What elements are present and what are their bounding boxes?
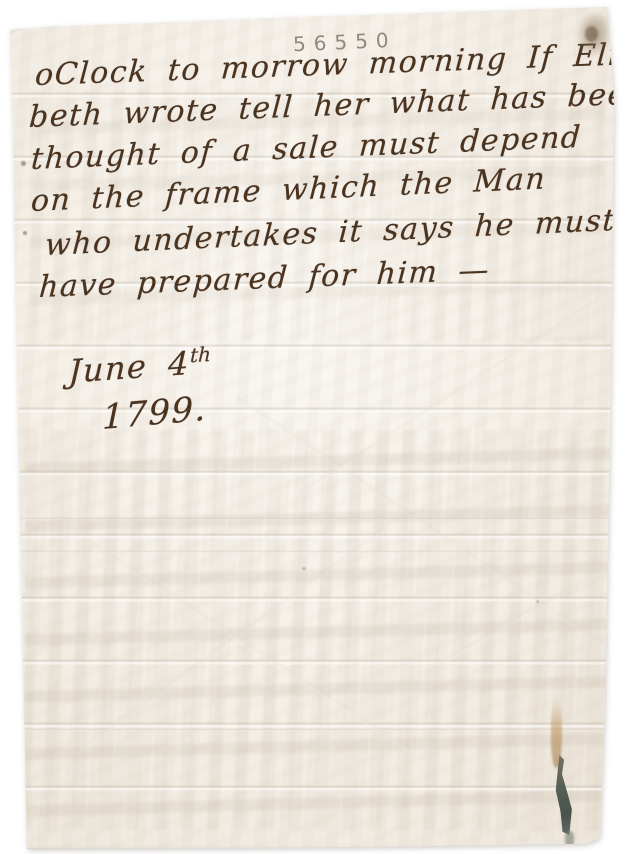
ink-speck [21,161,26,166]
diagonal-crease [237,397,603,646]
diagonal-crease [90,542,410,751]
fold-crease [19,551,615,553]
date-line: June 4th [68,342,211,391]
scanned-letter-page: 56550 oClock to morrow morning If Eliza-… [0,0,641,854]
fold-crease [19,729,615,731]
ink-speck [302,567,306,570]
dark-ink-blot [549,755,575,835]
rust-streak-stain [551,698,562,768]
ink-speck [23,231,27,235]
corner-fold [4,20,22,36]
diagonal-crease [299,258,641,495]
date-suffix: th [190,342,212,368]
date-day: June 4 [68,344,191,391]
ink-speck [536,600,539,603]
letter-paper: 56550 oClock to morrow morning If Eliza-… [0,0,641,854]
letter-line-6: have prepared for him — [38,253,491,305]
verso-showthrough-lower [25,430,610,830]
diagonal-crease [434,555,626,668]
date-year: 1799. [102,389,207,438]
fold-crease [19,518,615,520]
dark-ink-blot-tail [565,831,574,847]
paper-shadow-wrap: 56550 oClock to morrow morning If Eliza-… [0,0,641,854]
diagonal-crease [75,529,384,755]
